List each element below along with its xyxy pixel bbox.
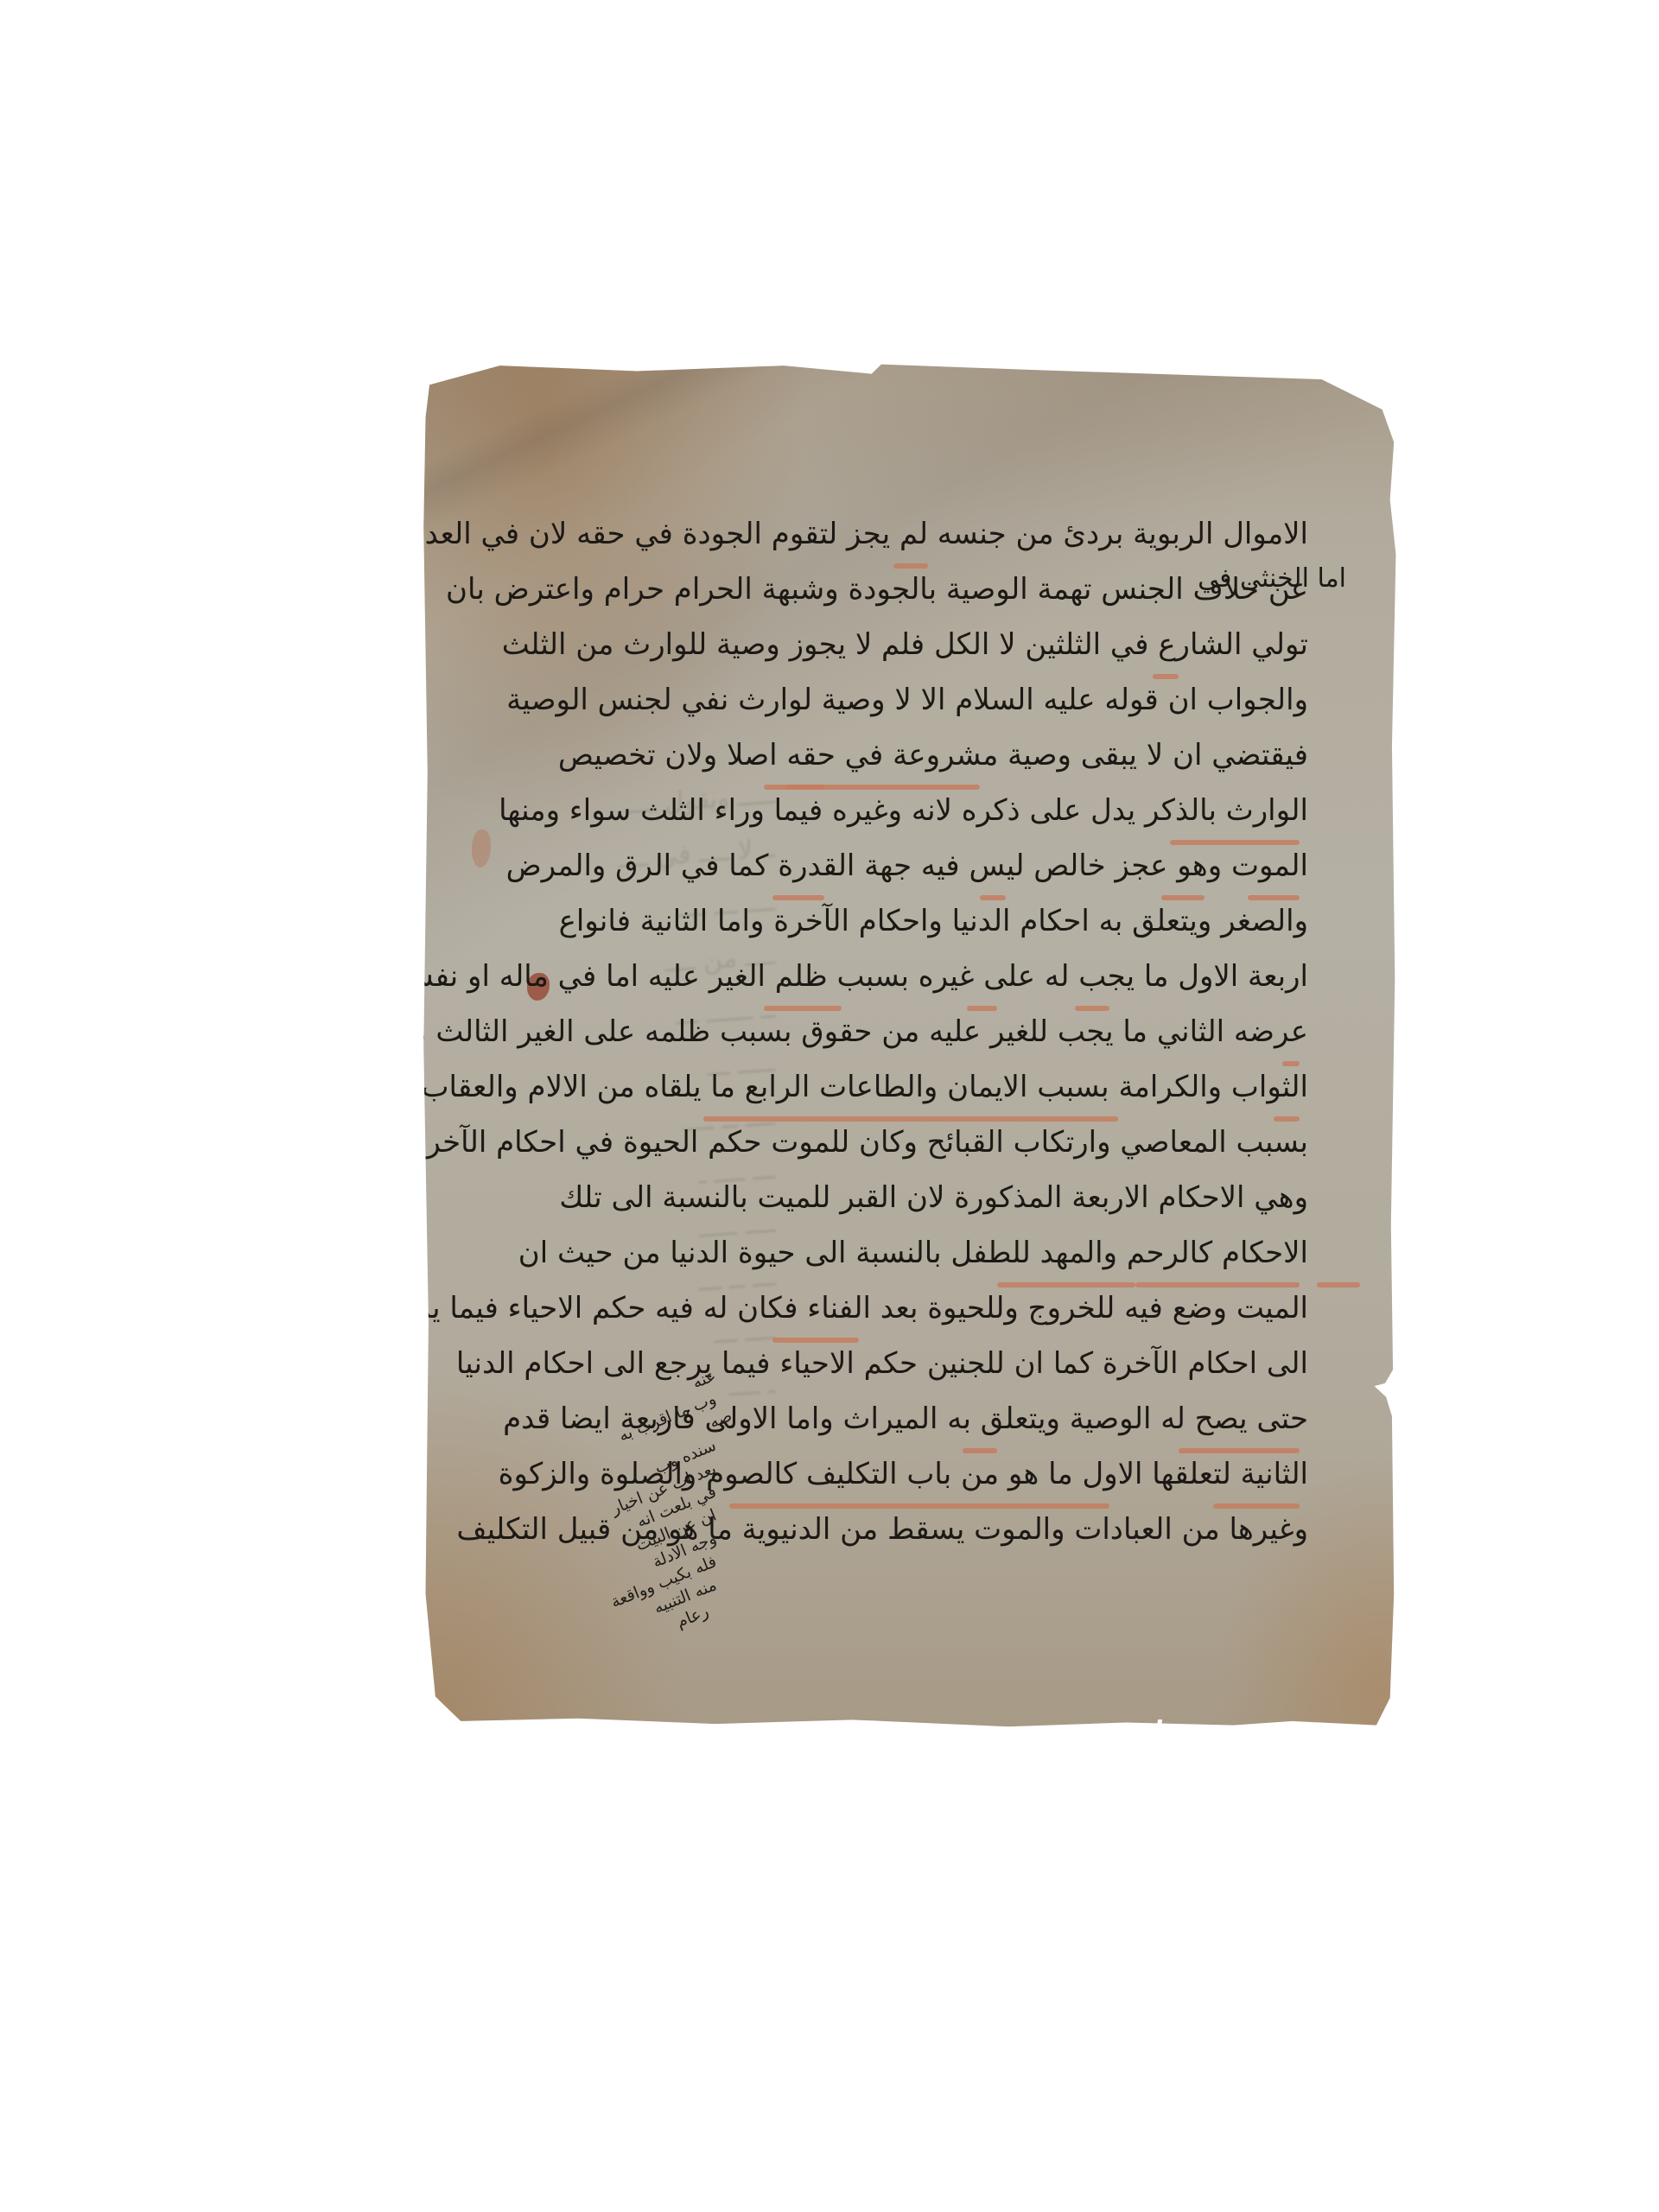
text-line-content: والصغر ويتعلق به احكام الدنيا واحكام الآ… (559, 904, 1308, 938)
text-line: الوارث بالذكر يدل على ذكره لانه وغيره في… (703, 783, 1308, 838)
rubric-overline (1135, 1282, 1300, 1287)
rubric-overline (772, 1338, 859, 1343)
text-line: الثواب والكرامة بسبب الايمان والطاعات ال… (703, 1059, 1308, 1115)
text-line-content: الى احكام الآخرة كما ان للجنين حكم الاحي… (456, 1346, 1308, 1381)
text-line: عن خلاف الجنس تهمة الوصية بالجودة وشبهة … (703, 562, 1308, 617)
rubric-overline (1213, 1503, 1300, 1509)
text-line-content: الميت وضع فيه للخروج وللحيوة بعد الفناء … (382, 1291, 1308, 1325)
rubric-overline (1075, 1006, 1109, 1011)
manuscript-folio: ـــــ ويقول ــــ ــ لا ــــ في ــــ ــــ… (422, 363, 1400, 1731)
text-line-content: عرضه الثاني ما يجب للغير عليه من حقوق بس… (288, 1014, 1308, 1049)
rubric-overline (967, 1006, 997, 1011)
text-line: بسبب المعاصي وارتكاب القبائح وكان للموت … (703, 1115, 1308, 1170)
text-line: الاموال الربوية بردئ من جنسه لم يجز لتقو… (703, 506, 1308, 562)
text-line-content: تولي الشارع في الثلثين لا الكل فلم لا يج… (502, 627, 1308, 662)
rubric-overline (772, 895, 824, 900)
text-line: فيقتضي ان لا يبقى وصية مشروعة في حقه اصل… (703, 728, 1308, 783)
text-line: وغيرها من العبادات والموت يسقط من الدنيو… (703, 1502, 1308, 1557)
text-line: الى احكام الآخرة كما ان للجنين حكم الاحي… (703, 1336, 1308, 1391)
text-line: وهي الاحكام الاربعة المذكورة لان القبر ل… (703, 1170, 1308, 1225)
rubric-overline (893, 563, 928, 569)
text-line: اربعة الاول ما يجب له على غيره بسبب ظلم … (703, 949, 1308, 1004)
text-line: عرضه الثاني ما يجب للغير عليه من حقوق بس… (703, 1004, 1308, 1059)
rubric-overline (1161, 895, 1205, 900)
text-line-content: بسبب المعاصي وارتكاب القبائح وكان للموت … (411, 1125, 1308, 1160)
rubric-overline (764, 1006, 842, 1011)
text-line-content: عن خلاف الجنس تهمة الوصية بالجودة وشبهة … (446, 572, 1308, 607)
edge-tear (1154, 1719, 1162, 1745)
text-line-content: فيقتضي ان لا يبقى وصية مشروعة في حقه اصل… (558, 738, 1308, 772)
text-line-content: الوارث بالذكر يدل على ذكره لانه وغيره في… (499, 793, 1308, 828)
text-line-content: اربعة الاول ما يجب له على غيره بسبب ظلم … (361, 959, 1308, 994)
text-line-content: والجواب ان قوله عليه السلام الا لا وصية … (506, 683, 1308, 717)
rubric-overline (1317, 1282, 1360, 1287)
rubric-overline (963, 1448, 997, 1453)
text-line: الاحكام كالرحم والمهد للطفل بالنسبة الى … (703, 1225, 1308, 1281)
text-line: حتى يصح له الوصية ويتعلق به الميراث واما… (703, 1391, 1308, 1446)
rubric-overline (1170, 840, 1300, 845)
text-line-content: وهي الاحكام الاربعة المذكورة لان القبر ل… (559, 1180, 1308, 1215)
text-line: والصغر ويتعلق به احكام الدنيا واحكام الآ… (703, 893, 1308, 949)
text-line-content: الاموال الربوية بردئ من جنسه لم يجز لتقو… (390, 517, 1308, 551)
text-line: الميت وضع فيه للخروج وللحيوة بعد الفناء … (703, 1281, 1308, 1336)
rubric-overline (997, 1282, 1135, 1287)
text-line: تولي الشارع في الثلثين لا الكل فلم لا يج… (703, 617, 1308, 672)
main-text-block: الاموال الربوية بردئ من جنسه لم يجز لتقو… (703, 506, 1308, 1557)
text-line: والجواب ان قوله عليه السلام الا لا وصية … (703, 672, 1308, 728)
rubric-overline (1274, 1116, 1300, 1122)
rubric-overline (980, 895, 1006, 900)
text-line-content: الموت وهو عجز خالص ليس فيه جهة القدرة كم… (506, 849, 1308, 883)
rubric-overline (1248, 895, 1300, 900)
rubric-overline (1153, 674, 1179, 679)
rubric-overline (1179, 1448, 1300, 1453)
rubric-overline (785, 785, 824, 790)
text-line-content: الثواب والكرامة بسبب الايمان والطاعات ال… (422, 1070, 1308, 1104)
rubric-overline (1282, 1061, 1300, 1066)
text-line: الثانية لتعلقها الاول ما هو من باب التكل… (703, 1446, 1308, 1502)
faint-stain (472, 829, 491, 868)
text-line: الموت وهو عجز خالص ليس فيه جهة القدرة كم… (703, 838, 1308, 893)
text-line-content: الاحكام كالرحم والمهد للطفل بالنسبة الى … (518, 1236, 1308, 1270)
rubric-overline (703, 1116, 1118, 1122)
rubric-overline (729, 1503, 1109, 1509)
